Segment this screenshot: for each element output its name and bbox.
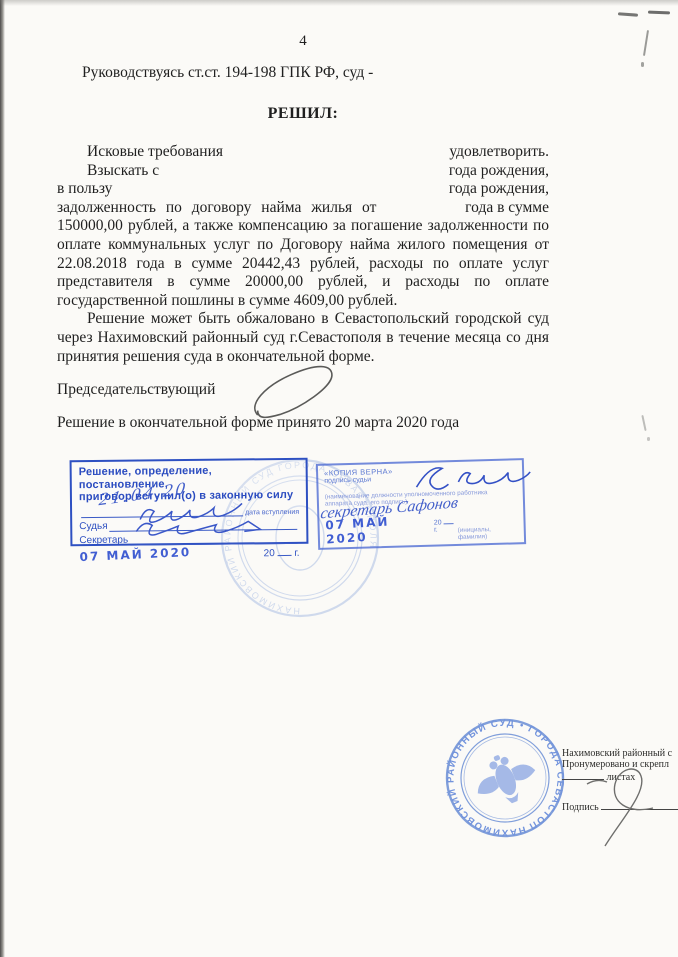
certification-signature-scrawl-icon (575, 750, 678, 850)
blank-line (277, 546, 291, 556)
stamp-date-row: 07 МАЙ 2020 20 г. (79, 545, 299, 561)
year-prefix: 20 (434, 519, 442, 526)
ink-date-stamp: 07 МАЙ 2020 (325, 512, 431, 546)
body-line-left: Взыскать с (87, 162, 159, 181)
copy-true-stamp: «КОПИЯ ВЕРНА» подпись судьи (наименовани… (316, 458, 526, 550)
blank-line (443, 514, 453, 524)
decision-body: Исковые требования удовлетворить. Взыска… (57, 143, 549, 366)
body-line-right: года рождения, (449, 180, 549, 199)
body-line: Решение может быть обжаловано в Севастоп… (57, 310, 549, 329)
year-blank: 20 г. (434, 514, 458, 534)
intro-line: Руководствуясь ст.ст. 194-198 ГПК РФ, су… (57, 64, 549, 82)
body-line-left: Исковые требования (87, 143, 223, 162)
body-line-right: года рождения, (449, 162, 549, 181)
page-number: 4 (57, 33, 549, 50)
body-line: оплате коммунальных услуг по Договору на… (57, 236, 549, 255)
body-line: представителя в сумме 20000,00 рублей, и… (57, 273, 549, 292)
judge-copy-signature-scrawl-icon (406, 454, 537, 500)
scan-edge-shadow (0, 0, 5, 957)
body-line: государственной пошлины в сумме 4609,00 … (57, 292, 549, 311)
body-line: через Нахимовский районный суд г.Севасто… (57, 329, 549, 348)
scan-smudge (643, 30, 649, 56)
court-round-seal-icon: НАХИМОВСКИЙ РАЙОННЫЙ СУД • ГОРОДА СЕВАСТ… (440, 710, 570, 845)
scan-top-shadow (0, 0, 678, 6)
body-line-right: удовлетворить. (449, 143, 549, 162)
year-suffix: г. (434, 527, 438, 534)
body-line-left: задолженность по договору найма жилья от (57, 199, 376, 218)
ink-date-stamp: 07 МАЙ 2020 (79, 545, 191, 564)
body-line: 22.08.2018 года в сумме 20442,43 рублей,… (57, 255, 549, 274)
copy-stamp-bottom-row: 07 МАЙ 2020 20 г. (инициалы, фамилия) (325, 511, 518, 544)
judge-label: Судья (79, 520, 107, 531)
body-line: 150000,00 рублей, а также компенсацию за… (57, 217, 549, 236)
scanned-court-decision-page: 4 Руководствуясь ст.ст. 194-198 ГПК РФ, … (0, 0, 678, 957)
entered-into-force-stamp: Решение, определение, постановление, при… (70, 458, 309, 546)
final-form-date-line: Решение в окончательной форме принято 20… (57, 414, 549, 432)
copy-stamp-caption: (инициалы, фамилия) (458, 525, 518, 541)
year-blank: 20 г. (264, 546, 300, 559)
decision-heading: РЕШИЛ: (57, 105, 549, 123)
body-line: Исковые требования удовлетворить. (57, 143, 549, 162)
scan-smudge (618, 12, 638, 16)
body-line: задолженность по договору найма жилья от… (57, 199, 549, 218)
scan-smudge (641, 415, 646, 431)
scan-smudge (648, 11, 670, 15)
year-suffix: г. (294, 548, 299, 559)
body-line-left: в пользу (57, 180, 112, 199)
secretary-signature-scrawl-icon (132, 478, 303, 540)
scan-smudge (641, 62, 644, 67)
secretary-label: Секретарь (79, 534, 128, 546)
year-prefix: 20 (264, 548, 275, 559)
body-line: Взыскать с года рождения, (57, 162, 549, 181)
body-line-right: года в сумме (465, 199, 549, 218)
scan-smudge (647, 437, 650, 441)
body-line: в пользу года рождения, (57, 180, 549, 199)
